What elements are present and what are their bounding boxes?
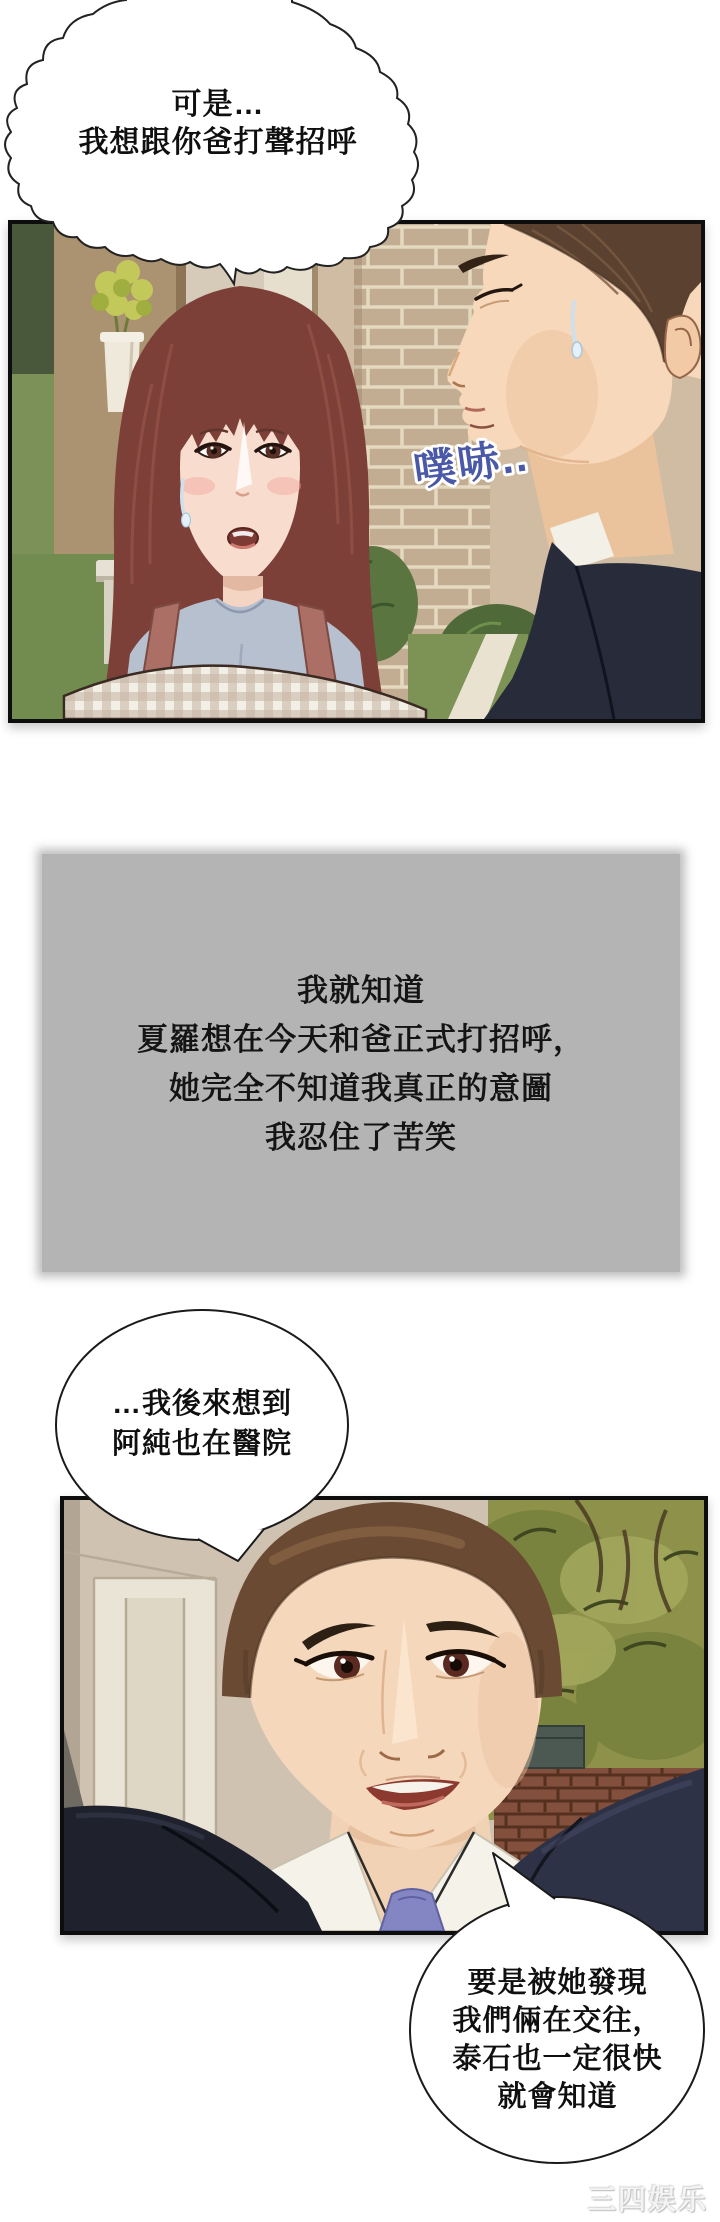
narration-line: 我就知道	[297, 966, 425, 1015]
panel-1-artwork: 噗哧..	[12, 224, 701, 719]
bubble-line: 就會知道	[405, 2078, 710, 2116]
comic-page: 噗哧..	[0, 0, 720, 2222]
bubble-line: 泰石也一定很快	[405, 2040, 710, 2078]
thought-bubble-text: 可是… 我想跟你爸打聲招呼	[0, 86, 436, 162]
bubble-line: 我想跟你爸打聲招呼	[0, 124, 436, 162]
narration-line: 夏羅想在今天和爸正式打招呼，	[137, 1015, 585, 1064]
watermark: 三四娱乐	[588, 2178, 708, 2218]
narration-line: 她完全不知道我真正的意圖	[169, 1064, 553, 1113]
narration-box: 我就知道 夏羅想在今天和爸正式打招呼， 她完全不知道我真正的意圖 我忍住了苦笑	[42, 854, 680, 1272]
bubble-line: 我們倆在交往，	[405, 2002, 710, 2040]
bubble-line: 阿純也在醫院	[52, 1424, 352, 1464]
bubble-line: 可是…	[0, 86, 436, 124]
speech-bubble-bottom: 要是被她發現 我們倆在交往， 泰石也一定很快 就會知道	[405, 1845, 710, 2175]
thought-bubble: 可是… 我想跟你爸打聲招呼	[0, 0, 450, 292]
speech-bubble-mid: …我後來想到 阿純也在醫院	[52, 1306, 352, 1568]
speech-bubble-bottom-text: 要是被她發現 我們倆在交往， 泰石也一定很快 就會知道	[405, 1964, 710, 2116]
bubble-line: 要是被她發現	[405, 1964, 710, 2002]
panel-1: 噗哧..	[8, 220, 705, 723]
narration-line: 我忍住了苦笑	[265, 1113, 457, 1162]
speech-bubble-mid-text: …我後來想到 阿純也在醫院	[52, 1384, 352, 1464]
bubble-line: …我後來想到	[52, 1384, 352, 1424]
